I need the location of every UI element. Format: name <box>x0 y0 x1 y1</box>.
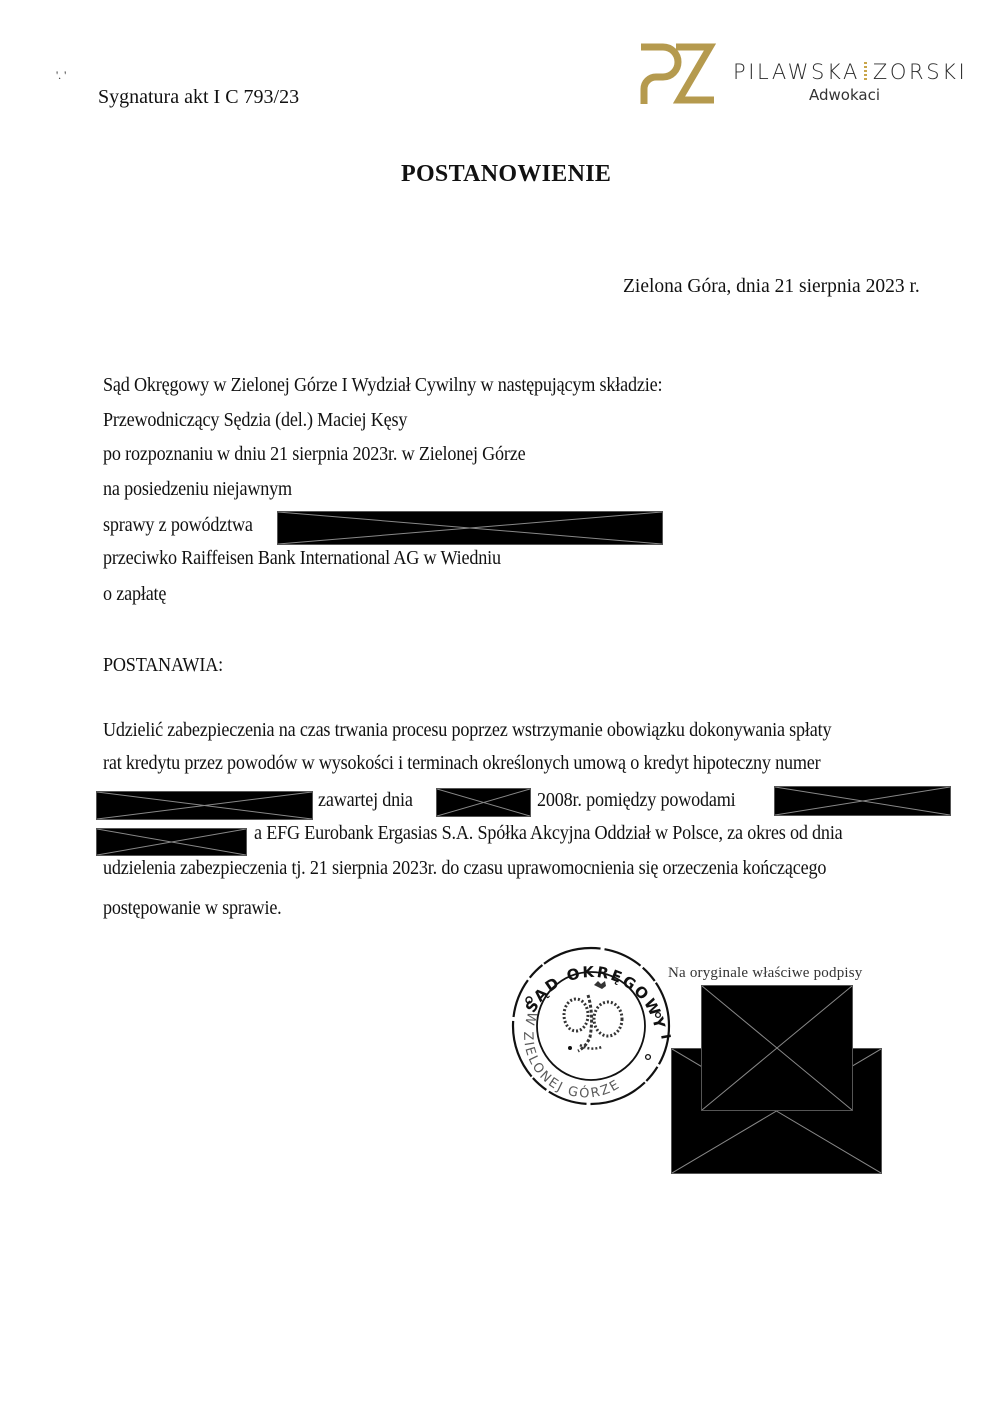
pz-monogram-icon <box>638 42 718 106</box>
eagle-emblem-icon <box>564 981 622 1051</box>
defendant-line: przeciwko Raiffeisen Bank International … <box>103 548 501 570</box>
law-firm-subtitle: Adwokaci <box>809 86 880 104</box>
redaction-agreement-date <box>436 788 531 817</box>
redaction-plaintiffs-names-2 <box>96 828 247 856</box>
session-type-line: na posiedzeniu niejawnym <box>103 479 292 501</box>
case-signature: Sygnatura akt I C 793/23 <box>98 86 299 109</box>
law-firm-name: PILAWSKAZORSKI <box>733 60 967 84</box>
claim-subject-line: o zapłatę <box>103 584 166 606</box>
presiding-judge-line: Przewodniczący Sędzia (del.) Maciej Kęsy <box>103 410 407 432</box>
decision-heading: POSTANAWIA: <box>103 655 223 677</box>
svg-text:W ZIELONEJ GÓRZE: W ZIELONEJ GÓRZE <box>520 1010 624 1101</box>
court-seal-icon: SĄD OKRĘGOWY W ZIELONEJ GÓRZE I <box>510 945 672 1107</box>
law-firm-name-right: ZORSKI <box>873 60 967 84</box>
place-date: Zielona Góra, dnia 21 sierpnia 2023 r. <box>623 276 920 298</box>
signature-note: Na oryginale właściwe podpisy <box>668 965 863 982</box>
court-stamp: SĄD OKRĘGOWY W ZIELONEJ GÓRZE I <box>510 945 672 1107</box>
decision-line-2: rat kredytu przez powodów w wysokości i … <box>103 753 820 775</box>
stamp-ring-bottom: W ZIELONEJ GÓRZE <box>520 1010 624 1101</box>
law-firm-logo-monogram <box>638 42 718 106</box>
decision-line-3b: 2008r. pomiędzy powodami <box>537 790 736 812</box>
stamp-ring-numeral: I <box>657 1033 672 1040</box>
decision-line-3a: zawartej dnia <box>318 790 413 812</box>
redaction-plaintiffs-name <box>277 511 663 545</box>
plaintiff-line-label: sprawy z powództwa <box>103 515 253 537</box>
decision-line-4: a EFG Eurobank Ergasias S.A. Spółka Akcy… <box>254 823 843 845</box>
redaction-signature-block-upper <box>701 985 853 1111</box>
decision-line-5: udzielenia zabezpieczenia tj. 21 sierpni… <box>103 858 826 880</box>
document-title: POSTANOWIENIE <box>401 161 611 188</box>
logo-separator-icon <box>864 62 867 82</box>
decision-line-6: postępowanie w sprawie. <box>103 898 282 920</box>
scan-marks: '. ' <box>56 68 66 83</box>
hearing-date-line: po rozpoznaniu w dniu 21 sierpnia 2023r.… <box>103 444 526 466</box>
court-composition-line: Sąd Okręgowy w Zielonej Górze I Wydział … <box>103 375 662 397</box>
redaction-plaintiffs-names-1 <box>774 786 951 816</box>
redaction-loan-agreement-number <box>96 791 313 820</box>
law-firm-name-left: PILAWSKA <box>733 60 860 84</box>
decision-line-1: Udzielić zabezpieczenia na czas trwania … <box>103 720 831 742</box>
